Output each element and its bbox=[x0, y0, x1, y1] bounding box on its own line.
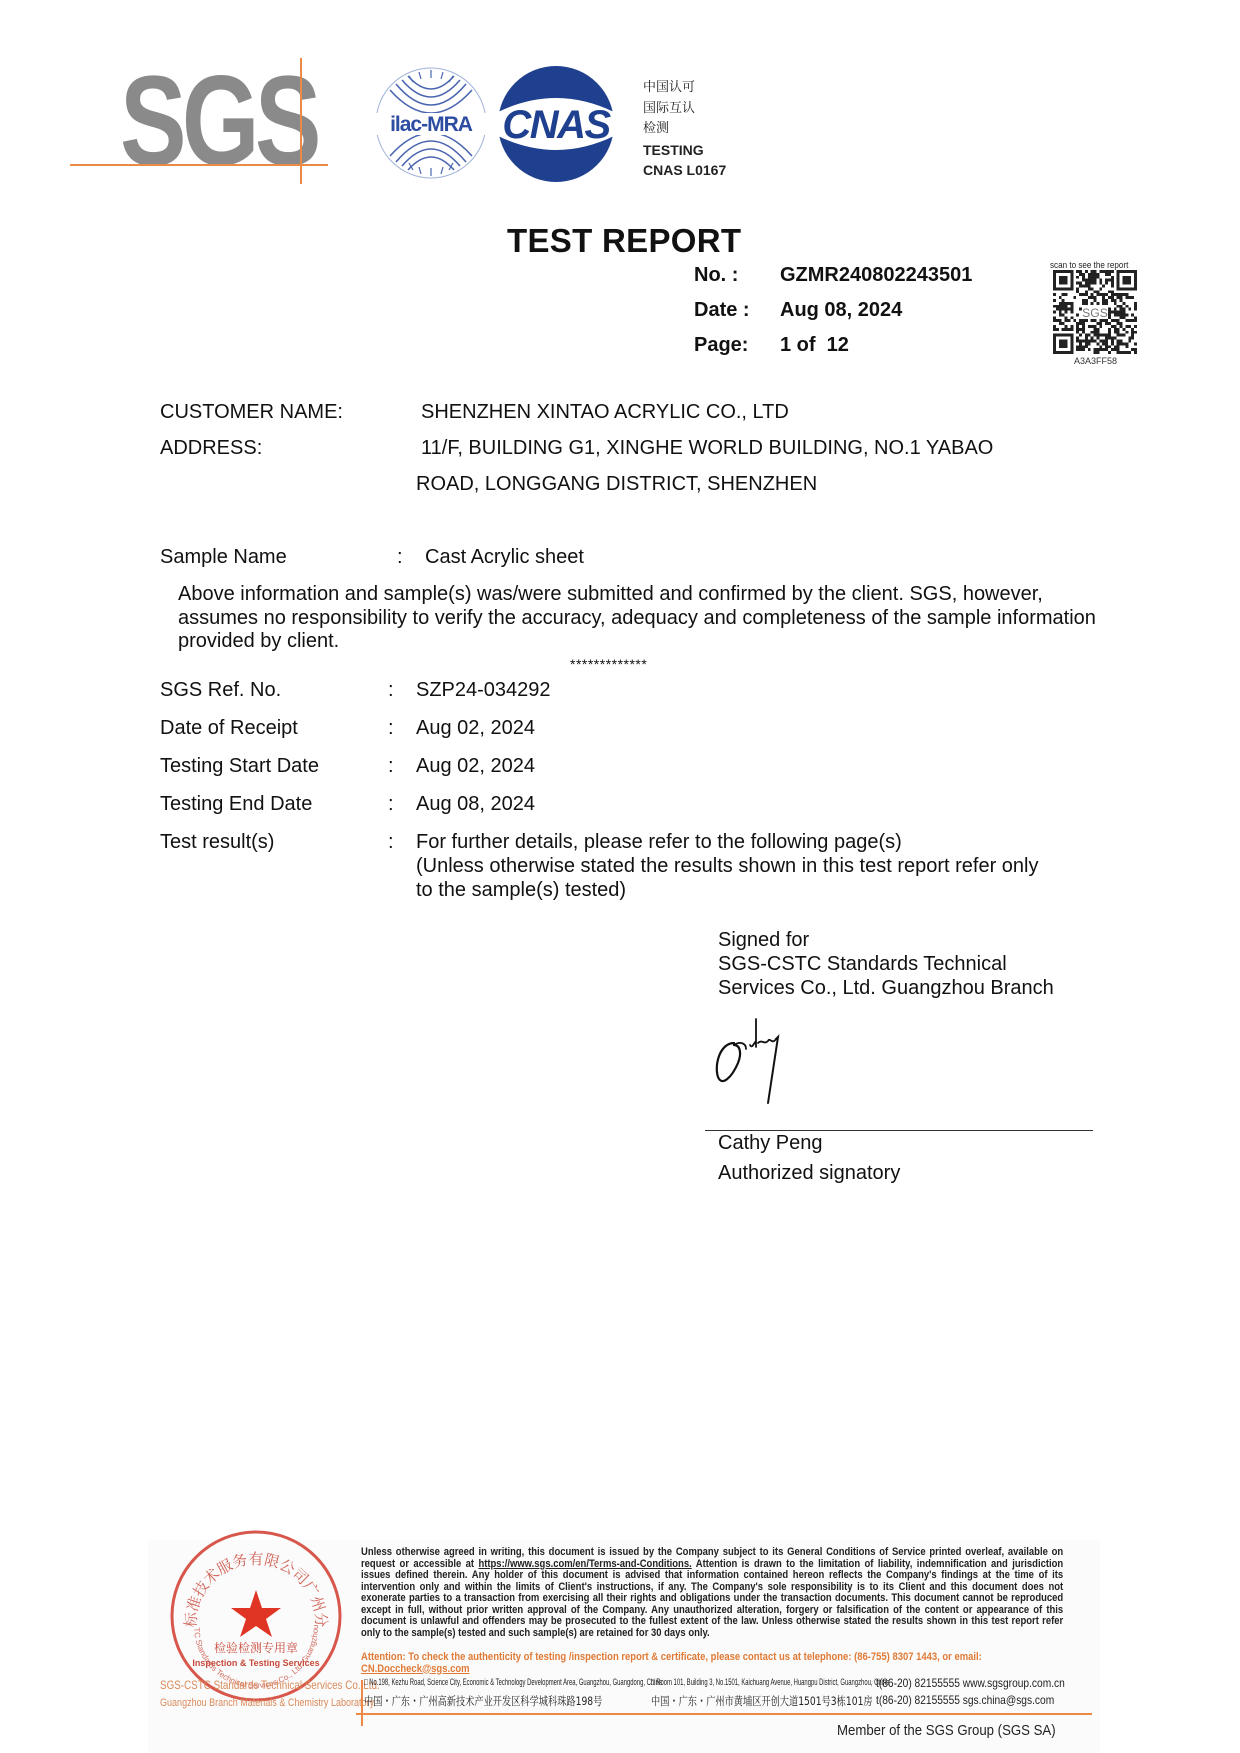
report-date-label: Date : bbox=[694, 299, 750, 322]
ilac-mra-logo-icon: ilac-MRA bbox=[374, 66, 488, 180]
address-label: ADDRESS: bbox=[160, 437, 262, 460]
separator-asterisks: ************* bbox=[570, 656, 647, 672]
sample-name-label: Sample Name bbox=[160, 546, 287, 569]
field-colon: : bbox=[388, 679, 394, 702]
attention-text: Attention: To check the authenticity of … bbox=[361, 1651, 982, 1663]
signatory-title: Authorized signatory bbox=[718, 1162, 900, 1185]
field-value-testing-end: Aug 08, 2024 bbox=[416, 793, 535, 816]
cnas-caption-cn-2: 国际互认 bbox=[643, 99, 726, 120]
svg-text:CNAS: CNAS bbox=[502, 103, 611, 147]
signature-line bbox=[705, 1130, 1093, 1131]
address-line-2: ROAD, LONGGANG DISTRICT, SHENZHEN bbox=[416, 473, 817, 496]
sgs-logo: SGS bbox=[120, 58, 317, 186]
field-value-test-results-line2: (Unless otherwise stated the results sho… bbox=[416, 855, 1039, 878]
contact-phone-website: t(86-20) 82155555 www.sgsgroup.com.cn bbox=[876, 1676, 1065, 1690]
report-page: 1 of 12 bbox=[780, 334, 849, 357]
field-label-test-results: Test result(s) bbox=[160, 831, 274, 854]
report-number: GZMR240802243501 bbox=[780, 264, 972, 287]
legal-disclaimer: Unless otherwise agreed in writing, this… bbox=[361, 1547, 1063, 1639]
field-label-sgs-ref: SGS Ref. No. bbox=[160, 679, 281, 702]
qr-caption: scan to see the report bbox=[1050, 260, 1128, 270]
footer-divider-horizontal bbox=[356, 1713, 1092, 1715]
office-address-2-en: □ Room 101, Building 3, No.1501, Kaichua… bbox=[651, 1677, 890, 1688]
signing-company-line-1: SGS-CSTC Standards Technical bbox=[718, 953, 1007, 976]
terms-link[interactable]: https://www.sgs.com/en/Terms-and-Conditi… bbox=[478, 1558, 691, 1570]
signing-company-line-2: Services Co., Ltd. Guangzhou Branch bbox=[718, 977, 1054, 1000]
cnas-caption-number: CNAS L0167 bbox=[643, 160, 726, 181]
sgs-group-membership: Member of the SGS Group (SGS SA) bbox=[837, 1722, 1056, 1739]
logo-divider-horizontal bbox=[70, 164, 328, 166]
authenticity-notice: Attention: To check the authenticity of … bbox=[361, 1652, 1063, 1675]
cnas-caption-cn-1: 中国认可 bbox=[643, 78, 726, 99]
field-value-sgs-ref: SZP24-034292 bbox=[416, 679, 551, 702]
handwritten-signature-icon bbox=[712, 1015, 802, 1110]
cnas-caption-cn-3: 检测 bbox=[643, 119, 726, 140]
customer-name-label: CUSTOMER NAME: bbox=[160, 401, 343, 424]
qr-verification-code: A3A3FF58 bbox=[1074, 356, 1117, 366]
svg-text:检验检测专用章: 检验检测专用章 bbox=[214, 1640, 298, 1655]
cnas-accreditation-caption: 中国认可 国际互认 检测 TESTING CNAS L0167 bbox=[643, 78, 726, 181]
office-address-1-cn: 中国・广东・广州高新技术产业开发区科学城科珠路198号 bbox=[364, 1693, 602, 1709]
field-value-testing-start: Aug 02, 2024 bbox=[416, 755, 535, 778]
field-colon: : bbox=[388, 793, 394, 816]
customer-name: SHENZHEN XINTAO ACRYLIC CO., LTD bbox=[421, 401, 789, 424]
stamp-company-line-2: Guangzhou Branch Materials & Chemistry L… bbox=[160, 1697, 376, 1709]
field-colon: : bbox=[388, 717, 394, 740]
field-label-testing-start: Testing Start Date bbox=[160, 755, 319, 778]
svg-text:ilac-MRA: ilac-MRA bbox=[390, 113, 473, 136]
field-colon: : bbox=[388, 831, 394, 854]
field-value-date-of-receipt: Aug 02, 2024 bbox=[416, 717, 535, 740]
sample-name: Cast Acrylic sheet bbox=[425, 546, 584, 569]
svg-text:SGS: SGS bbox=[1082, 306, 1108, 320]
qr-code-icon[interactable]: SGS bbox=[1052, 270, 1138, 354]
office-address-2-cn: 中国・广东・广州市黄埔区开创大道1501号3栋101房 bbox=[651, 1693, 873, 1709]
office-address-1-en: □ No.198, Kezhu Road, Science City, Econ… bbox=[364, 1677, 662, 1688]
field-value-test-results: For further details, please refer to the… bbox=[416, 831, 902, 854]
logo-divider-vertical bbox=[300, 58, 302, 184]
footer-divider-vertical bbox=[361, 1680, 363, 1726]
signed-for-label: Signed for bbox=[718, 929, 809, 952]
report-date: Aug 08, 2024 bbox=[780, 299, 902, 322]
stamp-company-line-1: SGS-CSTC Standards Technical Services Co… bbox=[160, 1678, 380, 1692]
disclaimer-text-2: Attention is drawn to the limitation of … bbox=[361, 1558, 1063, 1639]
field-label-date-of-receipt: Date of Receipt bbox=[160, 717, 298, 740]
field-colon: : bbox=[388, 755, 394, 778]
report-number-label: No. : bbox=[694, 264, 738, 287]
field-label-testing-end: Testing End Date bbox=[160, 793, 312, 816]
sample-name-colon: : bbox=[397, 546, 403, 569]
report-page-label: Page: bbox=[694, 334, 748, 357]
signatory-name: Cathy Peng bbox=[718, 1132, 823, 1155]
page-title: TEST REPORT bbox=[507, 222, 741, 260]
cnas-caption-testing: TESTING bbox=[643, 140, 726, 161]
cnas-logo-icon: CNAS bbox=[496, 64, 616, 184]
doccheck-email-link[interactable]: CN.Doccheck@sgs.com bbox=[361, 1663, 470, 1675]
field-value-test-results-line3: to the sample(s) tested) bbox=[416, 879, 626, 902]
contact-phone-email: t(86-20) 82155555 sgs.china@sgs.com bbox=[876, 1693, 1054, 1707]
sample-disclaimer-note: Above information and sample(s) was/were… bbox=[178, 583, 1098, 654]
address-line-1: 11/F, BUILDING G1, XINGHE WORLD BUILDING… bbox=[421, 437, 993, 460]
